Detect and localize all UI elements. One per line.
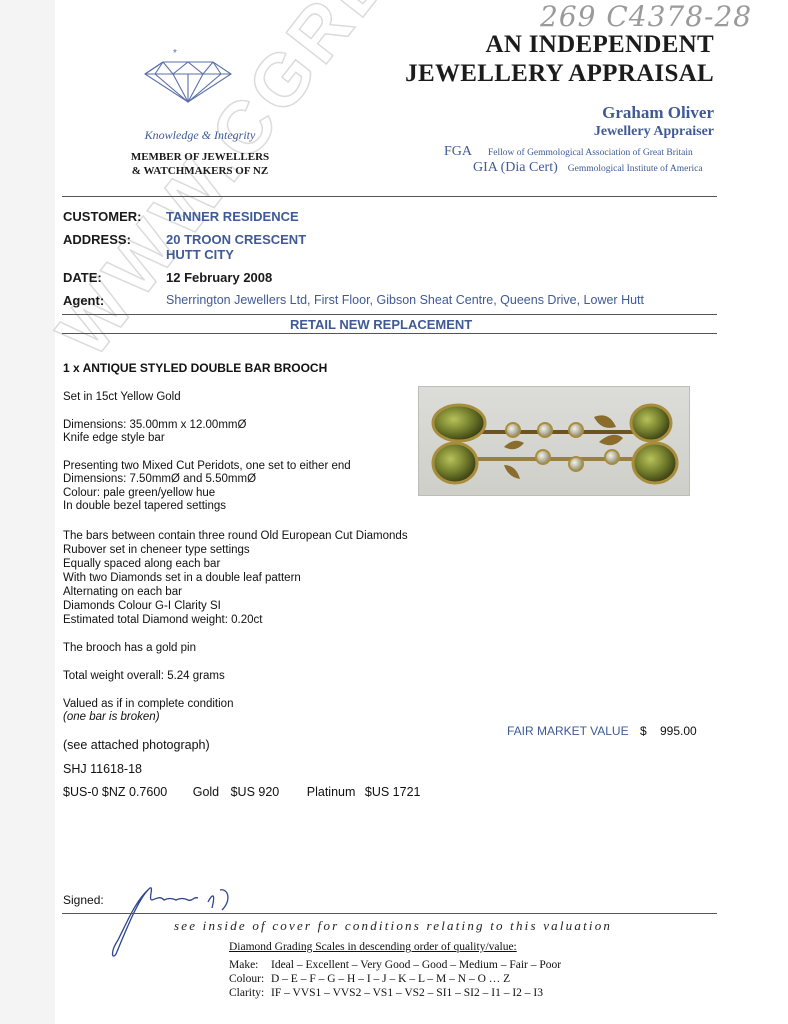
item-pin: The brooch has a gold pin: [63, 642, 196, 656]
diamond-line: Alternating on each bar: [63, 586, 182, 600]
address-line2: HUTT CITY: [166, 247, 234, 262]
diamond-line: With two Diamonds set in a double leaf p…: [63, 572, 301, 586]
appraiser-name: Graham Oliver: [602, 103, 714, 123]
customer-label: CUSTOMER:: [63, 209, 141, 224]
membership-line2: & WATCHMAKERS OF NZ: [90, 164, 310, 178]
grading-row-colour: Colour:D – E – F – G – H – I – J – K – L…: [229, 973, 510, 985]
membership-line1: MEMBER OF JEWELLERS: [90, 150, 310, 164]
divider: [62, 333, 717, 334]
signed-label: Signed:: [63, 893, 104, 907]
gold-label: Gold: [193, 785, 219, 799]
exchange-rate: $US-0 $NZ 0.7600: [63, 785, 167, 799]
diamond-icon: *: [143, 48, 233, 104]
diamond-line: Rubover set in cheneer type settings: [63, 544, 250, 558]
valuation-type: RETAIL NEW REPLACEMENT: [290, 317, 472, 332]
svg-text:*: *: [173, 48, 177, 59]
grading-label: Clarity:: [229, 987, 271, 999]
credential-full: Fellow of Gemmological Association of Gr…: [488, 148, 693, 158]
address-line1: 20 TROON CRESCENT: [166, 232, 306, 247]
fair-market-amount: 995.00: [660, 724, 697, 738]
item-reference: SHJ 11618-18: [63, 763, 142, 777]
agent-value: Sherrington Jewellers Ltd, First Floor, …: [166, 293, 644, 307]
item-total-weight: Total weight overall: 5.24 grams: [63, 670, 225, 684]
item-title: 1 x ANTIQUE STYLED DOUBLE BAR BROOCH: [63, 362, 327, 376]
fair-market-currency: $: [640, 724, 647, 738]
credential-full: Gemmological Institute of America: [568, 164, 703, 174]
signature-line: [62, 913, 717, 914]
credential-abbr: GIA (Dia Cert): [473, 160, 558, 175]
grading-value: Ideal – Excellent – Very Good – Good – M…: [271, 959, 561, 971]
peridot-line: Colour: pale green/yellow hue: [63, 487, 215, 501]
customer-value: TANNER RESIDENCE: [166, 209, 299, 224]
appraiser-role: Jewellery Appraiser: [594, 124, 714, 140]
peridot-line: Presenting two Mixed Cut Peridots, one s…: [63, 460, 351, 474]
grading-label: Make:: [229, 959, 271, 971]
diamond-weight: Estimated total Diamond weight: 0.20ct: [63, 614, 262, 628]
platinum-label: Platinum: [307, 785, 356, 799]
grading-scales-title: Diamond Grading Scales in descending ord…: [229, 941, 517, 953]
credential-gia: GIA (Dia Cert)Gemmological Institute of …: [473, 158, 703, 176]
brooch-image: [419, 387, 689, 495]
item-bar-style: Knife edge style bar: [63, 432, 165, 446]
document-title-line1: AN INDEPENDENT: [485, 31, 714, 59]
divider: [62, 314, 717, 315]
document-title-line2: JEWELLERY APPRAISAL: [405, 60, 714, 88]
fair-market-label: FAIR MARKET VALUE: [507, 724, 629, 738]
grading-value: IF – VVS1 – VVS2 – VS1 – VS2 – SI1 – SI2…: [271, 987, 543, 999]
photo-note: (see attached photograph): [63, 739, 210, 753]
metal-rates: $US-0 $NZ 0.7600 Gold $US 920 Platinum $…: [63, 786, 420, 800]
date-value: 12 February 2008: [166, 270, 272, 285]
peridot-line: Dimensions: 7.50mmØ and 5.50mmØ: [63, 473, 256, 487]
item-metal: Set in 15ct Yellow Gold: [63, 391, 181, 405]
peridot-line: In double bezel tapered settings: [63, 500, 226, 514]
address-label: ADDRESS:: [63, 232, 131, 247]
date-label: DATE:: [63, 270, 102, 285]
credential-abbr: FGA: [444, 144, 472, 159]
diamond-line: Equally spaced along each bar: [63, 558, 220, 572]
condition-detail: (one bar is broken): [63, 711, 160, 725]
grading-label: Colour:: [229, 973, 271, 985]
condition-note: Valued as if in complete condition: [63, 698, 233, 712]
grading-row-clarity: Clarity:IF – VVS1 – VVS2 – VS1 – VS2 – S…: [229, 987, 543, 999]
brooch-photo: [418, 386, 690, 496]
platinum-value: $US 1721: [365, 785, 421, 799]
logo-tagline: Knowledge & Integrity: [100, 128, 300, 143]
diamond-line: The bars between contain three round Old…: [63, 530, 408, 544]
agent-label: Agent:: [63, 293, 104, 308]
grading-value: D – E – F – G – H – I – J – K – L – M – …: [271, 973, 510, 985]
item-dimensions: Dimensions: 35.00mm x 12.00mmØ: [63, 419, 246, 433]
gold-value: $US 920: [231, 785, 280, 799]
handwritten-reference: 269 C4378-28: [540, 0, 752, 33]
conditions-note: see inside of cover for conditions relat…: [174, 918, 612, 934]
grading-row-make: Make:Ideal – Excellent – Very Good – Goo…: [229, 959, 561, 971]
diamond-line: Diamonds Colour G-I Clarity SI: [63, 600, 221, 614]
fair-market-value: FAIR MARKET VALUE $ 995.00: [507, 724, 697, 738]
divider: [62, 196, 717, 197]
